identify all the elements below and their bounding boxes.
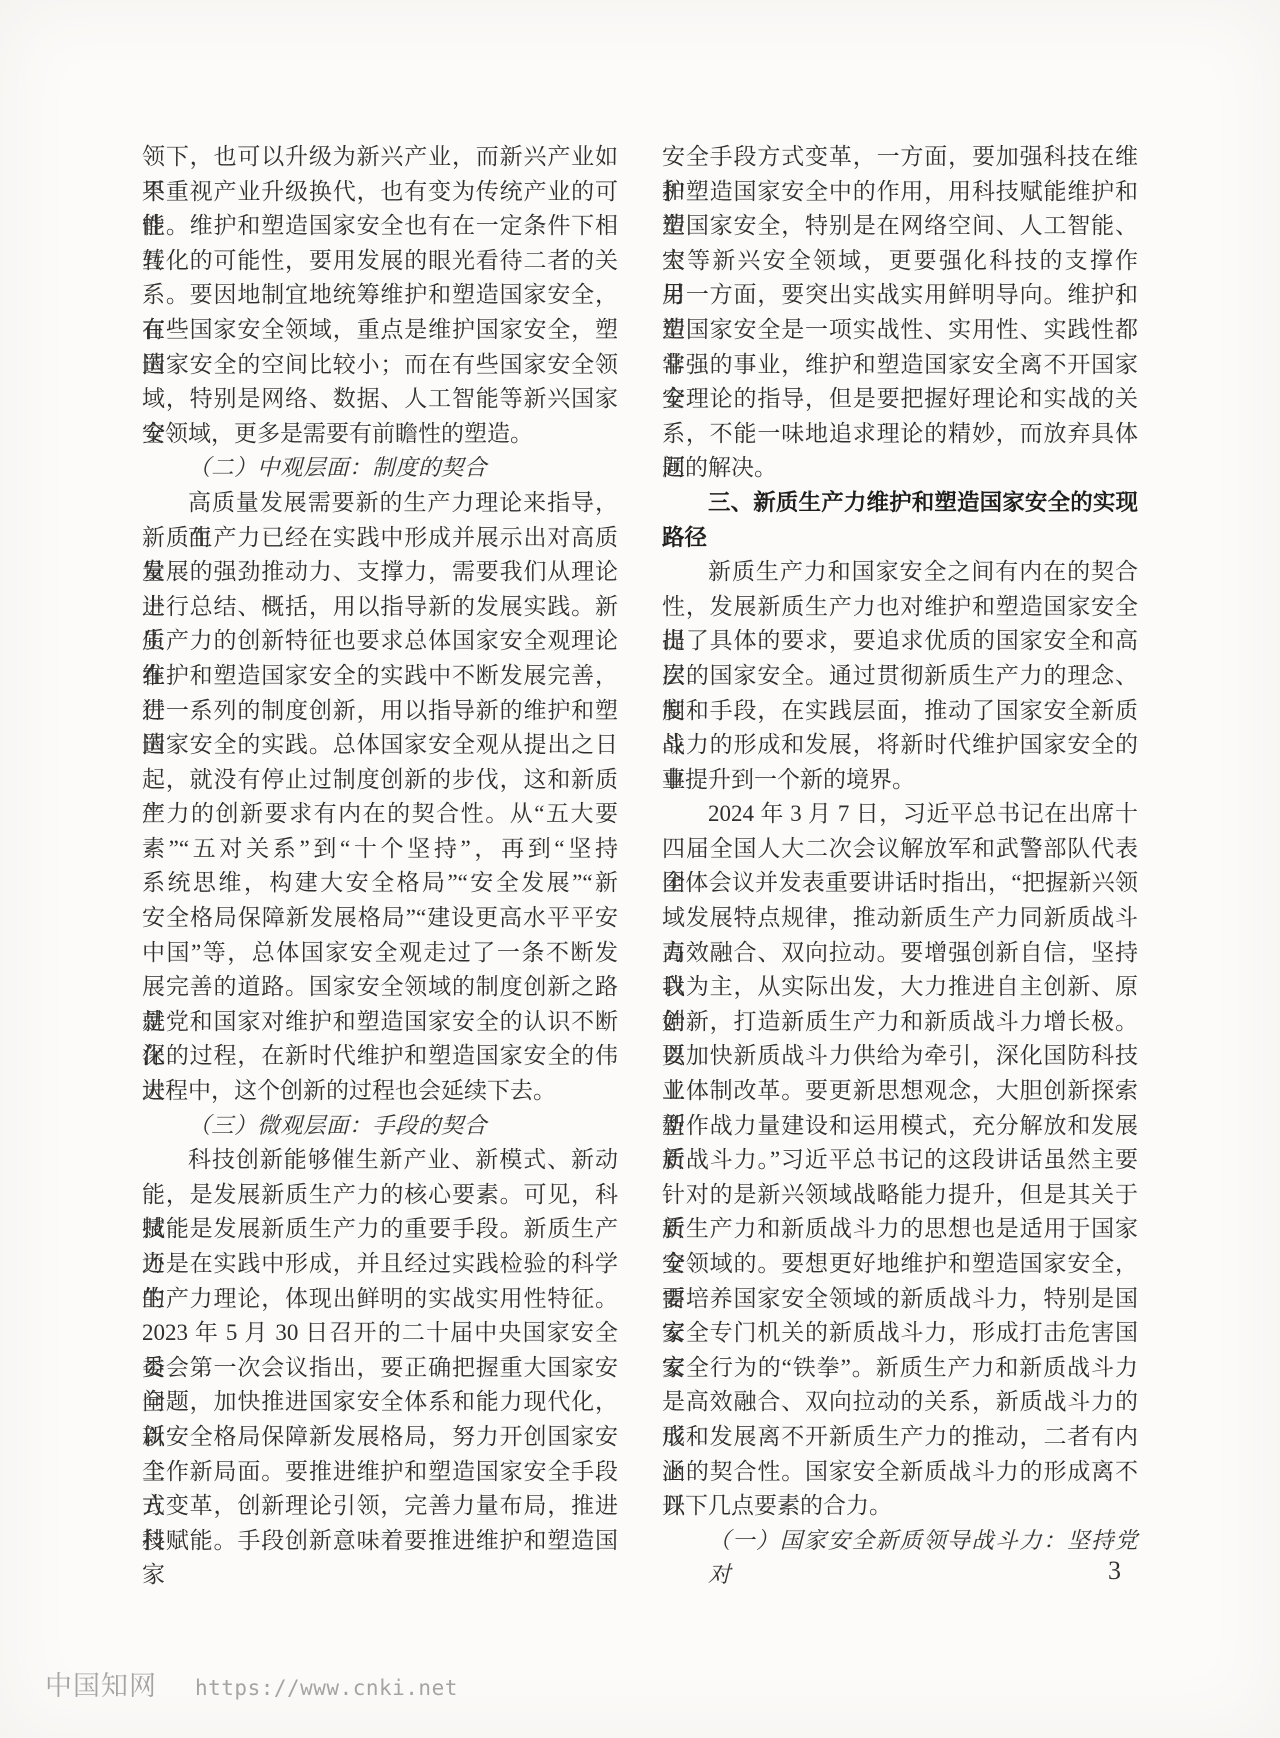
text-line: 维护和塑造国家安全的实践中不断发展完善，进 <box>142 659 618 694</box>
text-line: 高质量发展需要新的生产力理论来指导，而 <box>142 486 618 521</box>
subsection-heading-line: （三）微观层面：手段的契合 <box>142 1109 618 1144</box>
text-line: 全领域的。要想更好地维护和塑造国家安全，需 <box>662 1247 1138 1282</box>
text-line: 成和发展离不开新质生产力的推动，二者有内涵 <box>662 1420 1138 1455</box>
text-line: 以下几点要素的合力。 <box>662 1489 1138 1524</box>
text-line: 型作战力量建设和运用模式，充分解放和发展新 <box>662 1109 1138 1144</box>
text-line: 质生产力和新质战斗力的思想也是适用于国家安 <box>662 1212 1138 1247</box>
text-line: 系，不能一味地追求理论的精妙，而放弃具体问 <box>662 417 1138 452</box>
text-line: 常强的事业，维护和塑造国家安全离不开国家安 <box>662 348 1138 383</box>
text-line: 上的契合性。国家安全新质战斗力的形成离不开 <box>662 1455 1138 1490</box>
text-line: 另一方面，要突出实战实用鲜明导向。维护和塑 <box>662 278 1138 313</box>
text-line: 域，特别是网络、数据、人工智能等新兴国家安 <box>142 382 618 417</box>
text-line: 能，是发展新质生产力的核心要素。可见，科技 <box>142 1178 618 1213</box>
right-text-column: 安全手段方式变革，一方面，要加强科技在维护和塑造国家安全中的作用，用科技赋能维护… <box>662 140 1138 1558</box>
text-line: 2024 年 3 月 7 日，习近平总书记在出席十 <box>662 797 1138 832</box>
text-line: 进行总结、概括，用以指导新的发展实践。新质 <box>142 590 618 625</box>
text-line: 发展的强劲推动力、支撑力，需要我们从理论上 <box>142 555 618 590</box>
text-line: 高效融合、双向拉动。要增强创新自信，坚持以 <box>662 936 1138 971</box>
text-line: 空等新兴安全领域，更要强化科技的支撑作用； <box>662 244 1138 279</box>
page-number: 3 <box>1108 1556 1121 1586</box>
cnki-site-name: 中国知网 <box>45 1664 157 1703</box>
text-line: 全理论的指导，但是要把握好理论和实战的关 <box>662 382 1138 417</box>
section-heading-line: 路径 <box>662 521 1138 556</box>
text-line: 生产力的创新特征也要求总体国家安全观理论在 <box>142 624 618 659</box>
text-line: 安全行为的“铁拳”。新质生产力和新质战斗力 <box>662 1351 1138 1386</box>
text-line: 安全格局保障新发展格局”“建设更高水平平安 <box>142 901 618 936</box>
text-line: 不重视产业升级换代，也有变为传统产业的可能 <box>142 175 618 210</box>
text-line: 造国家安全，特别是在网络空间、人工智能、太 <box>662 209 1138 244</box>
text-line: 要培养国家安全领域的新质战斗力，特别是国家 <box>662 1282 1138 1317</box>
text-line: 全领域，更多是需要有前瞻性的塑造。 <box>142 417 618 452</box>
text-line: 新安全格局保障新发展格局，努力开创国家安全 <box>142 1420 618 1455</box>
text-line: 质战斗力。”习近平总书记的这段讲话虽然主要 <box>662 1143 1138 1178</box>
text-line: 国家安全的空间比较小；而在有些国家安全领 <box>142 348 618 383</box>
text-line: 还是在实践中形成，并且经过实践检验的科学的 <box>142 1247 618 1282</box>
text-line: 是党和国家对维护和塑造国家安全的认识不断深 <box>142 1005 618 1040</box>
section-heading-line: 三、新质生产力维护和塑造国家安全的实现 <box>662 486 1138 521</box>
cnki-url: https://www.cnki.net <box>195 1676 458 1700</box>
text-line: 和塑造国家安全中的作用，用科技赋能维护和塑 <box>662 175 1138 210</box>
text-line: 是高效融合、双向拉动的关系，新质战斗力的形 <box>662 1385 1138 1420</box>
text-line: 转化的可能性，要用发展的眼光看待二者的关 <box>142 244 618 279</box>
text-line: 赋能是发展新质生产力的重要手段。新质生产力 <box>142 1212 618 1247</box>
text-line: 产力的创新要求有内在的契合性。从“五大要 <box>142 797 618 832</box>
text-line: 行一系列的制度创新，用以指导新的维护和塑造 <box>142 694 618 729</box>
text-line: 以加快新质战斗力供给为牵引，深化国防科技工 <box>662 1039 1138 1074</box>
text-line: 科技创新能够催生新产业、新模式、新动 <box>142 1143 618 1178</box>
text-line: 领下，也可以升级为新兴产业，而新兴产业如果 <box>142 140 618 175</box>
text-line: 素”“五对关系”到“十个坚持”，再到“坚持 <box>142 832 618 867</box>
text-line: 有些国家安全领域，重点是维护国家安全，塑造 <box>142 313 618 348</box>
text-line: 造国家安全是一项实战性、实用性、实践性都非 <box>662 313 1138 348</box>
text-line: 安全专门机关的新质战斗力，形成打击危害国家 <box>662 1316 1138 1351</box>
text-line: 问题，加快推进国家安全体系和能力现代化，以 <box>142 1385 618 1420</box>
text-line: 性。维护和塑造国家安全也有在一定条件下相互 <box>142 209 618 244</box>
text-line: 全体会议并发表重要讲话时指出，“把握新兴领 <box>662 866 1138 901</box>
subsection-heading-line: （一）国家安全新质领导战斗力：坚持党对 <box>662 1524 1138 1559</box>
text-line: 次的国家安全。通过贯彻新质生产力的理念、制 <box>662 659 1138 694</box>
subsection-heading-line: （二）中观层面：制度的契合 <box>142 451 618 486</box>
text-line: 业提升到一个新的境界。 <box>662 763 1138 798</box>
text-line: 起，就没有停止过制度创新的步伐，这和新质生 <box>142 763 618 798</box>
text-line: 系。要因地制宜地统筹维护和塑造国家安全，在 <box>142 278 618 313</box>
text-line: 展完善的道路。国家安全领域的制度创新之路就 <box>142 970 618 1005</box>
text-line: 我为主，从实际出发，大力推进自主创新、原始 <box>662 970 1138 1005</box>
text-line: 国家安全的实践。总体国家安全观从提出之日 <box>142 728 618 763</box>
left-text-column: 领下，也可以升级为新兴产业，而新兴产业如果不重视产业升级换代，也有变为传统产业的… <box>142 140 618 1558</box>
text-line: 员会第一次会议指出，要正确把握重大国家安全 <box>142 1351 618 1386</box>
cnki-watermark: 中国知网 https://www.cnki.net <box>45 1664 458 1703</box>
text-line: 斗力的形成和发展，将新时代维护国家安全的事 <box>662 728 1138 763</box>
text-line: 创新，打造新质生产力和新质战斗力增长极。要 <box>662 1005 1138 1040</box>
text-line: 生产力理论，体现出鲜明的实战实用性特征。 <box>142 1282 618 1317</box>
text-line: 进程中，这个创新的过程也会延续下去。 <box>142 1074 618 1109</box>
text-line: 中国”等，总体国家安全观走过了一条不断发 <box>142 936 618 971</box>
text-line: 性，发展新质生产力也对维护和塑造国家安全提 <box>662 590 1138 625</box>
text-line: 新质生产力和国家安全之间有内在的契合 <box>662 555 1138 590</box>
text-line: 度和手段，在实践层面，推动了国家安全新质战 <box>662 694 1138 729</box>
text-line: 安全手段方式变革，一方面，要加强科技在维护 <box>662 140 1138 175</box>
text-line: 式变革，创新理论引领，完善力量布局，推进科 <box>142 1489 618 1524</box>
text-line: 四届全国人大二次会议解放军和武警部队代表团 <box>662 832 1138 867</box>
text-line: 业体制改革。要更新思想观念，大胆创新探索新 <box>662 1074 1138 1109</box>
text-line: 新质生产力已经在实践中形成并展示出对高质量 <box>142 521 618 556</box>
text-line: 化的过程，在新时代维护和塑造国家安全的伟大 <box>142 1039 618 1074</box>
document-page: 领下，也可以升级为新兴产业，而新兴产业如果不重视产业升级换代，也有变为传统产业的… <box>0 0 1280 1738</box>
text-line: 针对的是新兴领域战略能力提升，但是其关于新 <box>662 1178 1138 1213</box>
text-line: 技赋能。手段创新意味着要推进维护和塑造国家 <box>142 1524 618 1559</box>
text-line: 题的解决。 <box>662 451 1138 486</box>
text-line: 系统思维，构建大安全格局”“安全发展”“新 <box>142 866 618 901</box>
text-line: 2023 年 5 月 30 日召开的二十届中央国家安全委 <box>142 1316 618 1351</box>
text-line: 出了具体的要求，要追求优质的国家安全和高层 <box>662 624 1138 659</box>
text-line: 工作新局面。要推进维护和塑造国家安全手段方 <box>142 1455 618 1490</box>
text-line: 域发展特点规律，推动新质生产力同新质战斗力 <box>662 901 1138 936</box>
